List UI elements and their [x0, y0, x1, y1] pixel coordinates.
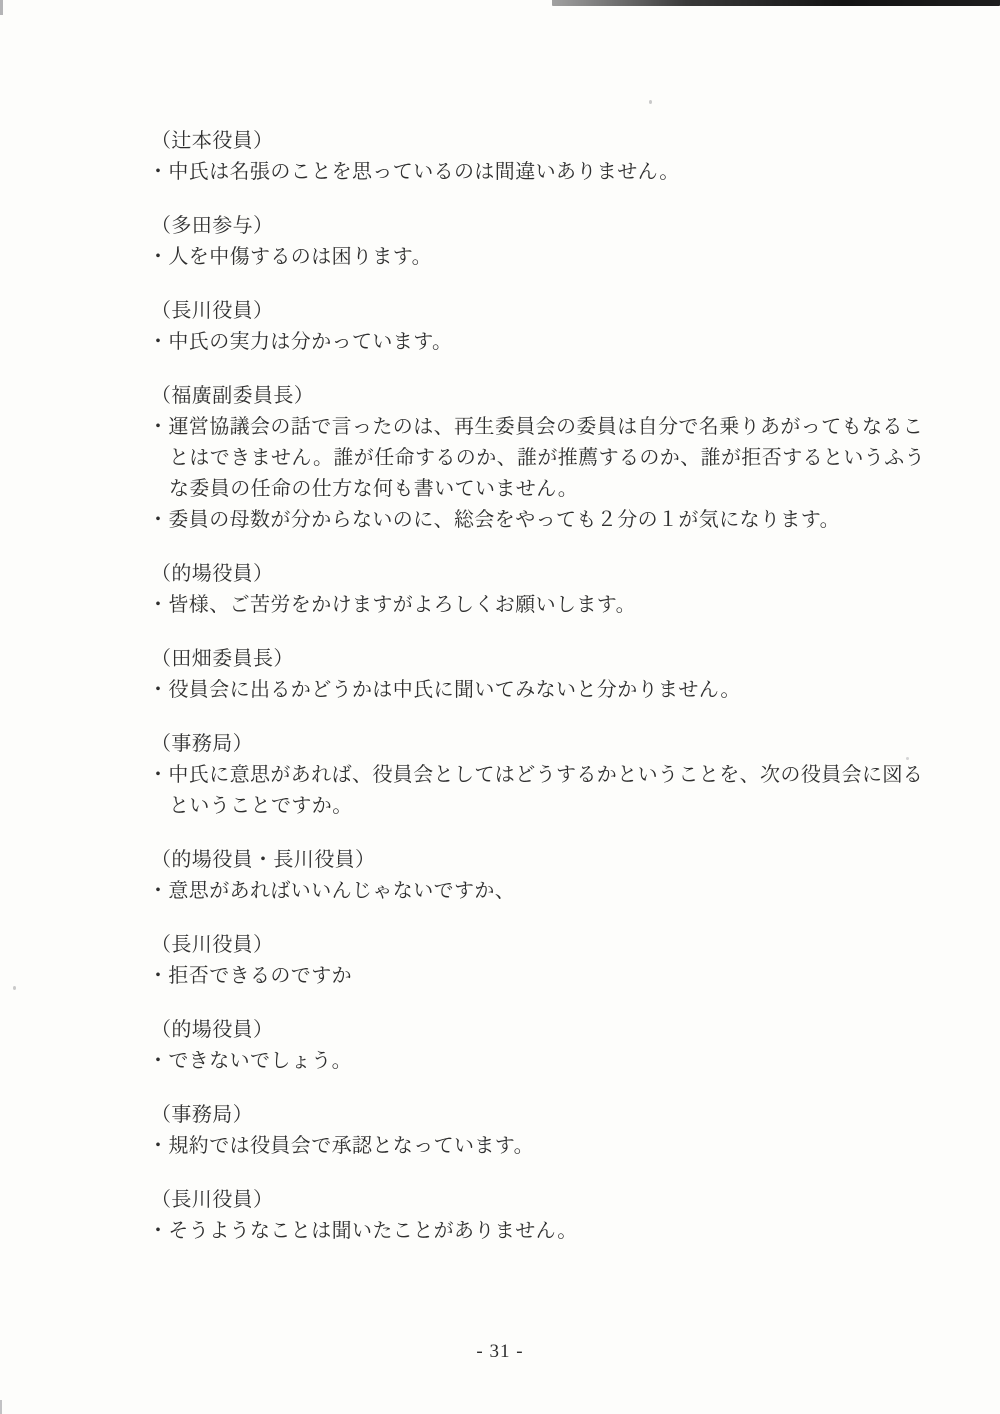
statement-line: ・中氏は名張のことを思っているのは間違いありません。: [148, 157, 938, 188]
statement-continuation-line: な委員の任命の仕方な何も書いていません。: [148, 474, 938, 505]
speech-block: （事務局）・中氏に意思があれば、役員会としてはどうするかということを、次の役員会…: [148, 729, 938, 822]
statement-line: ・役員会に出るかどうかは中氏に聞いてみないと分かりません。: [148, 675, 938, 706]
speaker-label: （的場役員）: [148, 559, 938, 590]
scan-speck: [649, 100, 652, 104]
scan-speck: [13, 986, 16, 990]
speech-block: （事務局）・規約では役員会で承認となっています。: [148, 1100, 938, 1162]
speaker-label: （田畑委員長）: [148, 644, 938, 675]
speaker-label: （多田参与）: [148, 211, 938, 242]
speaker-label: （長川役員）: [148, 930, 938, 961]
speaker-label: （長川役員）: [148, 1185, 938, 1216]
speech-block: （長川役員）・拒否できるのですか: [148, 930, 938, 992]
scan-artifact-top-left-tick: [0, 0, 3, 15]
speaker-label: （事務局）: [148, 729, 938, 760]
speaker-label: （的場役員）: [148, 1015, 938, 1046]
speech-block: （的場役員）・できないでしょう。: [148, 1015, 938, 1077]
speaker-label: （事務局）: [148, 1100, 938, 1131]
statement-line: ・皆様、ご苦労をかけますがよろしくお願いします。: [148, 590, 938, 621]
minutes-content: （辻本役員）・中氏は名張のことを思っているのは間違いありません。（多田参与）・人…: [148, 126, 938, 1270]
scan-artifact-bottom-left-tick: [0, 1400, 2, 1414]
speech-block: （辻本役員）・中氏は名張のことを思っているのは間違いありません。: [148, 126, 938, 188]
statement-continuation-line: とはできません。誰が任命するのか、誰が推薦するのか、誰が拒否するというふう: [148, 443, 938, 474]
speech-block: （的場役員）・皆様、ご苦労をかけますがよろしくお願いします。: [148, 559, 938, 621]
speech-block: （福廣副委員長）・運営協議会の話で言ったのは、再生委員会の委員は自分で名乗りあが…: [148, 381, 938, 536]
statement-line: ・委員の母数が分からないのに、総会をやっても２分の１が気になります。: [148, 505, 938, 536]
statement-line: ・運営協議会の話で言ったのは、再生委員会の委員は自分で名乗りあがってもなるこ: [148, 412, 938, 443]
statement-line: ・中氏に意思があれば、役員会としてはどうするかということを、次の役員会に図る: [148, 760, 938, 791]
statement-line: ・中氏の実力は分かっています。: [148, 327, 938, 358]
statement-line: ・規約では役員会で承認となっています。: [148, 1131, 938, 1162]
speech-block: （田畑委員長）・役員会に出るかどうかは中氏に聞いてみないと分かりません。: [148, 644, 938, 706]
speech-block: （多田参与）・人を中傷するのは困ります。: [148, 211, 938, 273]
statement-line: ・そうようなことは聞いたことがありません。: [148, 1216, 938, 1247]
scan-artifact-top-bar: [552, 0, 1000, 6]
speaker-label: （的場役員・長川役員）: [148, 845, 938, 876]
speaker-label: （長川役員）: [148, 296, 938, 327]
speech-block: （長川役員）・そうようなことは聞いたことがありません。: [148, 1185, 938, 1247]
statement-line: ・意思があればいいんじゃないですか、: [148, 876, 938, 907]
statement-continuation-line: ということですか。: [148, 791, 938, 822]
statement-line: ・人を中傷するのは困ります。: [148, 242, 938, 273]
statement-line: ・できないでしょう。: [148, 1046, 938, 1077]
speech-block: （長川役員）・中氏の実力は分かっています。: [148, 296, 938, 358]
statement-line: ・拒否できるのですか: [148, 961, 938, 992]
speaker-label: （福廣副委員長）: [148, 381, 938, 412]
page-number: - 31 -: [0, 1341, 1000, 1363]
speaker-label: （辻本役員）: [148, 126, 938, 157]
scanned-minutes-page: （辻本役員）・中氏は名張のことを思っているのは間違いありません。（多田参与）・人…: [0, 0, 1000, 1414]
speech-block: （的場役員・長川役員）・意思があればいいんじゃないですか、: [148, 845, 938, 907]
